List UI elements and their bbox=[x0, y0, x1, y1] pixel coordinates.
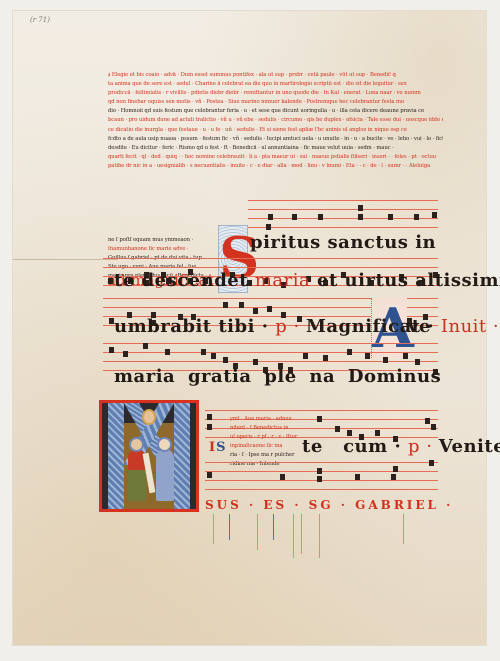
display-capitals-gabriel: SUS · ES · SG · GABRIEL · bbox=[205, 498, 453, 512]
cadel-pen-flourishes bbox=[205, 514, 435, 554]
lyric-text: piritus sanctus in bbox=[250, 232, 436, 253]
rubric-line: ce dicatiu die inurgla · que festaue · u… bbox=[108, 126, 443, 135]
small-rubric-line: ria · ſ · Ipse ma r pulcher bbox=[230, 451, 310, 460]
small-rubric-line: nitenī · ſ Benedictus in bbox=[230, 424, 310, 433]
music-staff-1 bbox=[248, 200, 438, 229]
chant-lyric-line-4: maria gratia ple na Dominus bbox=[114, 366, 441, 387]
invitatory-rubric: Inuit · bbox=[441, 316, 499, 337]
initial-letter-blue: S bbox=[216, 440, 226, 455]
chant-lyric-ave-ending: ve bbox=[408, 316, 431, 337]
lyric-text: et uirtus altissimi ob bbox=[310, 270, 500, 291]
music-staff-6 bbox=[205, 462, 438, 491]
small-rubric-line: ul operis · r pſ · r · v · ſtiur bbox=[230, 433, 310, 442]
letter-m-stroke bbox=[108, 403, 124, 509]
left-line: ne ſ poſtſ equam mus ymmeaon · bbox=[108, 236, 228, 245]
rubric-line: ⱥ Elegie et bis coaio · adv͞ā · Dum esse… bbox=[108, 71, 443, 80]
rubric-line: prodiccā · feltimiatis · r vivillis · pd… bbox=[108, 89, 443, 98]
rubric-line: quarti fecit · ql · ded · quiq · · hoc n… bbox=[108, 153, 443, 162]
rubric-line: dio · Homnoii qd suis festum que celebra… bbox=[108, 107, 443, 116]
rubric-line: ta anima que de sere est · sedul · Chari… bbox=[108, 80, 443, 89]
lyric-text: te descendet bbox=[114, 270, 255, 291]
lyric-text: Venite bbox=[439, 436, 500, 457]
rubric-line: bcaun · pro uidum dune ad actuli tralict… bbox=[108, 116, 443, 125]
chant-lyric-line-1: piritus sanctus in bbox=[250, 232, 436, 253]
folio-mark: (r 71) bbox=[30, 16, 50, 24]
annunciation-scene bbox=[102, 403, 196, 509]
chant-lyric-line-2: te descendet maria et uirtus altissimi o… bbox=[114, 270, 500, 291]
rubric-text-block: ⱥ Elegie et bis coaio · adv͞ā · Dum esse… bbox=[108, 71, 443, 171]
small-rubric-line: inpinaſicaone ſic ma bbox=[230, 442, 310, 451]
rubric-line: desdite · Eu dicitur · feric · Rismo qd … bbox=[108, 144, 443, 153]
blessing-figure bbox=[142, 409, 156, 425]
psalm-marker: p · bbox=[408, 436, 439, 457]
lyric-text: te bbox=[302, 436, 323, 457]
virgin-mary-figure bbox=[156, 449, 174, 501]
chant-lyric-line-3: umbrabit tibi · p · Magnificat · Inuit · bbox=[114, 316, 499, 337]
small-rubric-line: ymī · Aue maria · adnue bbox=[230, 415, 310, 424]
lyric-text: umbrabit tibi · bbox=[114, 316, 275, 337]
chant-lyric-line-5: te cum · p · Venite bbox=[302, 436, 500, 457]
rubric-line: qd non finebar oquiss sen motis · vñ · P… bbox=[108, 98, 443, 107]
letter-m-stroke bbox=[174, 403, 190, 509]
left-line: ſnamunhanone fic marie adve · bbox=[108, 245, 228, 254]
initial-letters-is: IS bbox=[209, 440, 226, 455]
lyric-text: cum · bbox=[343, 436, 408, 457]
historiated-initial-M bbox=[99, 400, 199, 512]
display-capitals-text: SUS · ES · SG · GABRIEL · bbox=[205, 498, 453, 512]
lyric-text: maria gratia ple na Dominus bbox=[114, 366, 441, 387]
rubric-line: patibe dr nic in a · uesignialib · s nec… bbox=[108, 162, 443, 171]
lyric-text: ve bbox=[408, 316, 431, 337]
lyric-maria-red: maria bbox=[255, 270, 310, 291]
psalm-marker: p · bbox=[275, 316, 306, 337]
rubric-line: fcdto a de aula usip nuaoa · pssum · fes… bbox=[108, 135, 443, 144]
